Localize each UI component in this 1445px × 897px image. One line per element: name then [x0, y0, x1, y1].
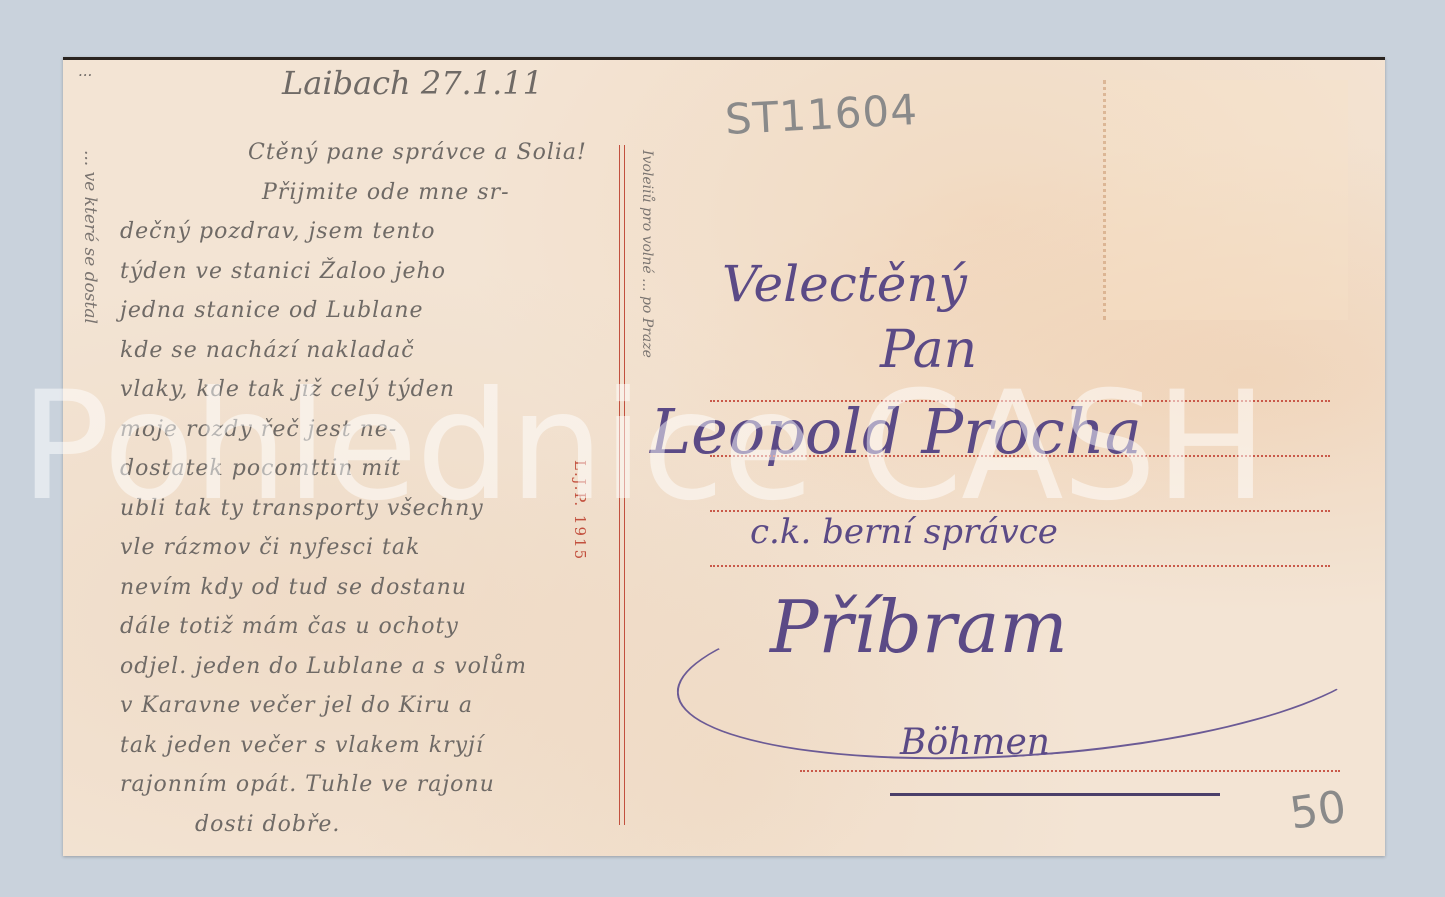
publisher-mark: L.J.P. 1915 [571, 460, 589, 561]
message-line: Přijmite ode mne sr- [262, 180, 510, 205]
addressee-position: c.k. berní správce [750, 512, 1058, 552]
message-line: dostatek pocomttin mít [120, 456, 401, 481]
region-underline [890, 793, 1220, 796]
stamp-area [1103, 80, 1348, 320]
message-line: vlaky, kde tak již celý týden [120, 377, 455, 402]
message-line: nevím kdy od tud se dostanu [120, 575, 467, 600]
address-line-3 [710, 510, 1330, 512]
message-line: týden ve stanici Žaloo jeho [120, 259, 446, 284]
salutation: Velectěný [722, 255, 967, 313]
price-mark: 50 [1287, 781, 1350, 839]
message-line: tak jeden večer s vlakem kryjí [120, 733, 484, 758]
margin-note-left: ... ve které se dostal [80, 150, 100, 324]
addressee-title: Pan [880, 320, 977, 380]
address-line-5 [800, 770, 1340, 772]
reference-code: ST11604 [724, 85, 919, 144]
message-line: dále totiž mám čas u ochoty [120, 614, 459, 639]
addressee-region: Böhmen [900, 722, 1050, 763]
divider-line [619, 145, 625, 825]
message-line: odjel. jeden do Lublane a s volům [120, 654, 527, 679]
message-line: ubli tak ty transporty všechny [120, 496, 484, 521]
message-line: dečný pozdrav, jsem tento [120, 219, 436, 244]
message-line: jedna stanice od Lublane [120, 298, 424, 323]
message-line: rajonním opát. Tuhle ve rajonu [120, 772, 495, 797]
message-line: vle rázmov či nyfesci tak [120, 535, 420, 560]
message-line: moje rozdy řeč jest ne- [120, 417, 397, 442]
addressee-name: Leopold Procha [650, 395, 1142, 468]
message-line: kde se nachází nakladač [120, 338, 415, 363]
header-note: ... [78, 62, 92, 80]
message-line: dosti dobře. [195, 812, 340, 837]
message-line: v Karavne večer jel do Kiru a [120, 693, 473, 718]
address-line-2 [710, 455, 1330, 457]
message-line: Ctěný pane správce a Solia! [248, 140, 587, 165]
place-date: Laibach 27.1.11 [282, 64, 543, 102]
address-line-4 [710, 565, 1330, 567]
margin-note-divider: Ivoleiiů pro volné ... po Praze [639, 150, 655, 358]
